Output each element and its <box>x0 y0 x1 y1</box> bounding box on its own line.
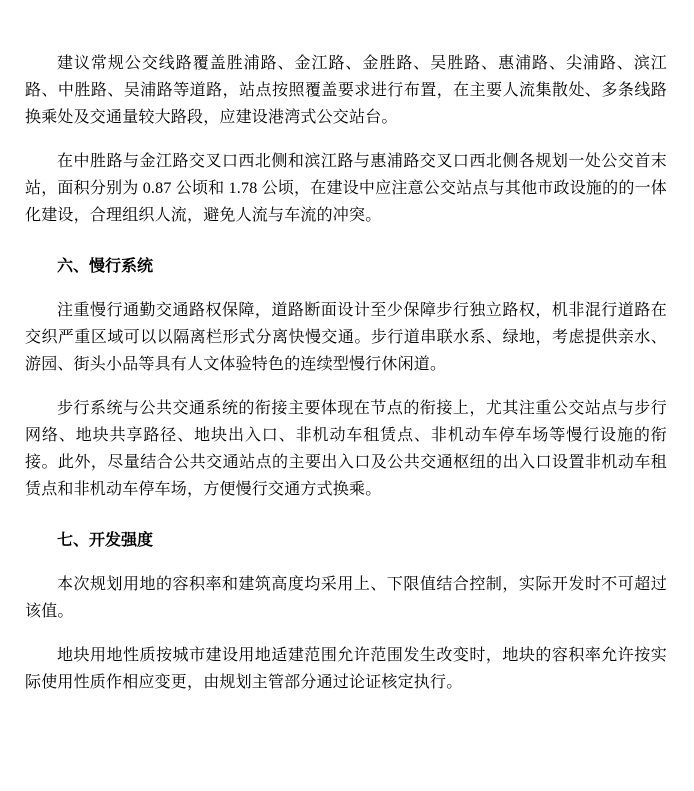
section-heading-slow-traffic-system: 六、慢行系统 <box>25 253 667 280</box>
paragraph-land-use-change-rule: 地块用地性质按城市建设用地适建范围允许范围发生改变时，地块的容积率允许按实际使用… <box>25 642 667 696</box>
paragraph-slow-traffic-right-of-way: 注重慢行通勤交通路权保障，道路断面设计至少保障步行独立路权，机非混行道路在交织严… <box>25 297 667 378</box>
paragraph-bus-terminus-planning: 在中胜路与金江路交叉口西北侧和滨江路与惠浦路交叉口西北侧各规划一处公交首末站，面… <box>25 148 667 229</box>
section-heading-development-intensity: 七、开发强度 <box>25 527 667 554</box>
paragraph-walking-transit-connection: 步行系统与公共交通系统的衔接主要体现在节点的衔接上，尤其注重公交站点与步行网络、… <box>25 395 667 503</box>
paragraph-bus-route-coverage: 建议常规公交线路覆盖胜浦路、金江路、金胜路、吴胜路、惠浦路、尖浦路、滨江路、中胜… <box>25 50 667 131</box>
document-page: 建议常规公交线路覆盖胜浦路、金江路、金胜路、吴胜路、惠浦路、尖浦路、滨江路、中胜… <box>0 0 694 791</box>
paragraph-plot-ratio-height-control: 本次规划用地的容积率和建筑高度均采用上、下限值结合控制，实际开发时不可超过该值。 <box>25 571 667 625</box>
